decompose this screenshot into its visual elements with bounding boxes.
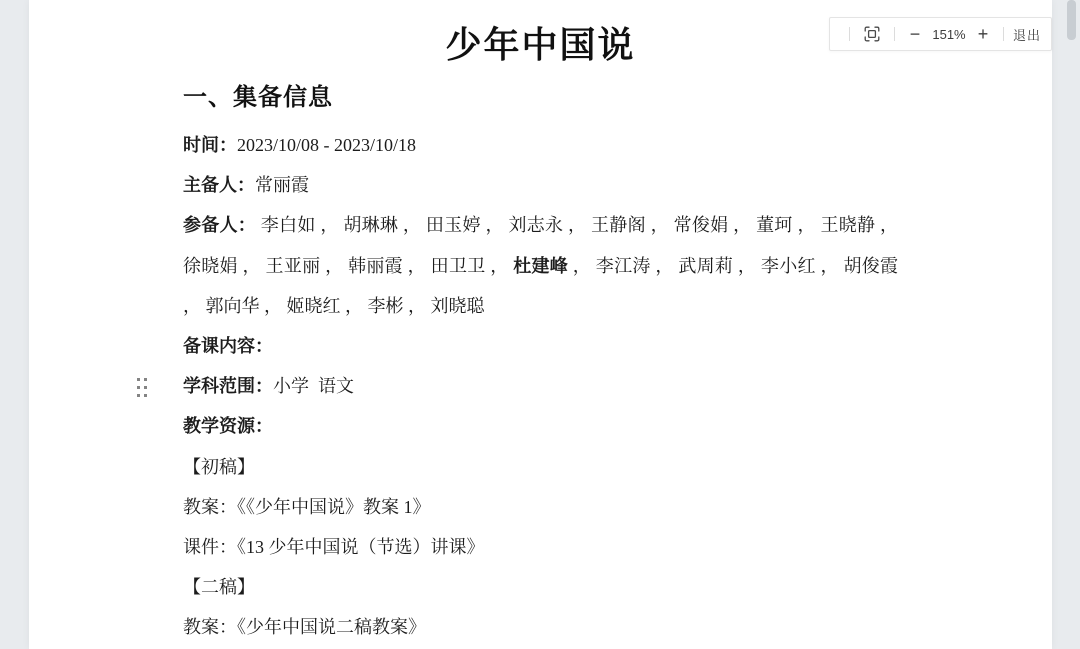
drag-dot: [144, 386, 147, 389]
resource-line: 课件：《13 少年中国说（节选）讲课》: [183, 527, 898, 567]
zoom-in-button[interactable]: +: [972, 23, 994, 45]
field-time-value: 2023/10/08 - 2023/10/18: [237, 135, 416, 155]
drag-dot: [137, 394, 140, 397]
document-body: 时间：2023/10/08 - 2023/10/18 主备人：常丽霞 参备人： …: [183, 125, 898, 648]
field-lead-value: 常丽霞: [255, 175, 309, 195]
zoom-out-button[interactable]: −: [904, 23, 926, 45]
toolbar-divider: [894, 27, 895, 41]
resource-line: 教案：《《少年中国说》教案 1》: [183, 487, 898, 527]
drag-dot: [137, 386, 140, 389]
resource-line: 教案：《少年中国说二稿教案》: [183, 607, 898, 647]
field-time: 时间：2023/10/08 - 2023/10/18: [183, 125, 898, 165]
field-content-label: 备课内容：: [183, 336, 273, 356]
field-content: 备课内容：: [183, 326, 898, 366]
field-participants: 参备人： 李白如 ， 胡琳琳 ， 田玉婷 ， 刘志永 ， 王静阁 ， 常俊娟 ，…: [183, 205, 898, 326]
fit-to-screen-button[interactable]: [859, 21, 885, 47]
drag-dot: [137, 378, 140, 381]
field-subject-label: 学科范围：: [183, 376, 273, 396]
document-title: 少年中国说: [183, 22, 898, 68]
field-lead-label: 主备人：: [183, 175, 255, 195]
field-subject: 学科范围：小学 语文: [183, 366, 898, 406]
exit-button[interactable]: 退出: [1013, 25, 1041, 44]
zoom-level: 151%: [932, 27, 966, 42]
drag-handle[interactable]: [135, 376, 149, 399]
section-heading: 一、集备信息: [183, 81, 898, 115]
toolbar-divider: [849, 27, 850, 41]
field-resources-label: 教学资源：: [183, 416, 273, 436]
resource-line: 【初稿】: [183, 447, 898, 487]
drag-dot: [144, 378, 147, 381]
viewer-toolbar: − 151% + 退出: [829, 17, 1052, 51]
scrollbar-thumb[interactable]: [1067, 0, 1076, 40]
participants-bold-name: 杜建峰: [513, 256, 568, 276]
fit-to-screen-icon: [864, 26, 880, 42]
field-resources: 教学资源：: [183, 406, 898, 446]
field-participants-label: 参备人：: [183, 215, 256, 235]
resource-line: 【二稿】: [183, 567, 898, 607]
toolbar-divider: [1003, 27, 1004, 41]
field-lead: 主备人：常丽霞: [183, 165, 898, 205]
drag-dot: [144, 394, 147, 397]
field-time-label: 时间：: [183, 135, 237, 155]
field-subject-value: 小学 语文: [273, 376, 354, 396]
document-page: 少年中国说 一、集备信息 时间：2023/10/08 - 2023/10/18 …: [29, 0, 1052, 649]
